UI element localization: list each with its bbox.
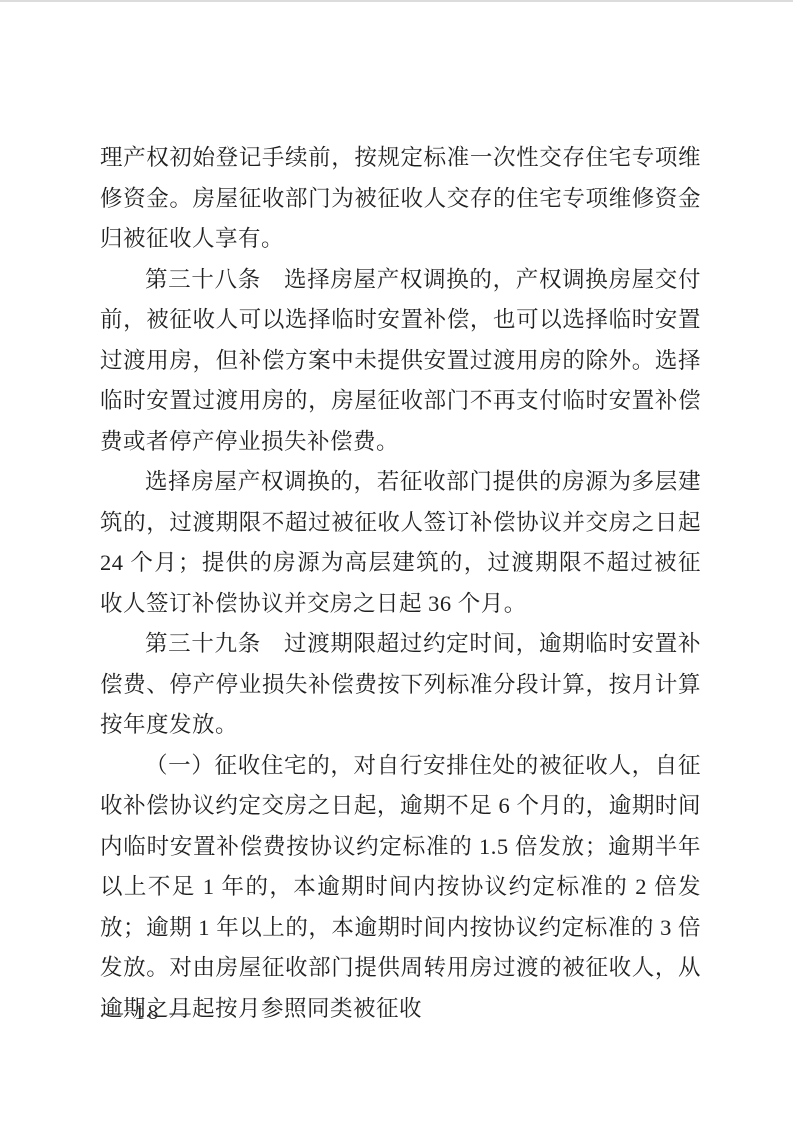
scan-edge-line	[0, 0, 793, 2]
paragraph-transition-period: 选择房屋产权调换的，若征收部门提供的房源为多层建筑的，过渡期限不超过被征收人签订…	[100, 462, 701, 624]
paragraph-article-39: 第三十九条 过渡期限超过约定时间，逾期临时安置补偿费、停产停业损失补偿费按下列标…	[100, 624, 701, 746]
paragraph-article-38: 第三十八条 选择房屋产权调换的，产权调换房屋交付前，被征收人可以选择临时安置补偿…	[100, 260, 701, 463]
paragraph-item-1: （一）征收住宅的，对自行安排住处的被征收人，自征收补偿协议约定交房之日起，逾期不…	[100, 746, 701, 1030]
scanned-document-page: { "document": { "paragraphs": [ { "name"…	[0, 0, 793, 1122]
paragraph-continuation: 理产权初始登记手续前，按规定标准一次性交存住宅专项维修资金。房屋征收部门为被征收…	[100, 138, 701, 260]
document-body: 理产权初始登记手续前，按规定标准一次性交存住宅专项维修资金。房屋征收部门为被征收…	[100, 138, 701, 1029]
page-number: — 18 —	[102, 998, 194, 1026]
